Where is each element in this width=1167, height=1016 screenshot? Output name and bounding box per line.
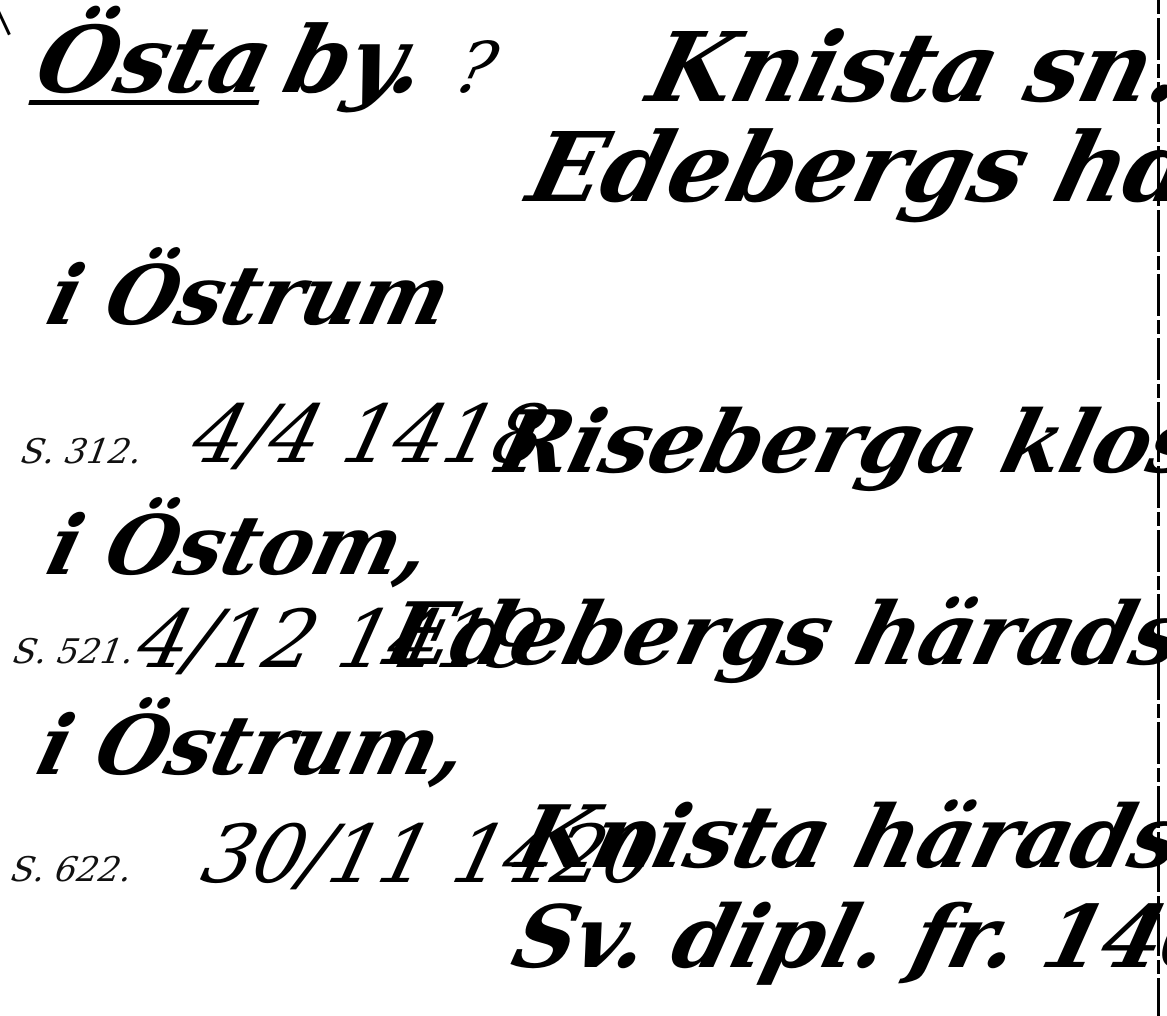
entry-2-form: i Östom, (40, 505, 438, 587)
entry-3-place: Knista häradsting. (510, 795, 1167, 881)
district-line: Edebergs hd. Nrk. (520, 120, 1167, 216)
corner-pen-mark (0, 9, 11, 36)
heading-query-mark: ? (448, 27, 505, 109)
entry-1-page-ref: S. 312. (18, 432, 144, 472)
index-card: Östaby.? Knista sn. Edebergs hd. Nrk. i … (0, 0, 1167, 1016)
card-heading: Östaby.? (28, 14, 508, 106)
source-reference: Sv. dipl. fr. 1401.III. (505, 895, 1167, 981)
heading-place-name: Östa (26, 6, 283, 114)
heading-suffix: by. (274, 6, 437, 114)
entry-1-form: i Östrum (40, 255, 457, 337)
entry-2-page-ref: S. 521. (10, 632, 136, 672)
entry-1-place: Riseberga kloster. (490, 400, 1167, 486)
parish-line: Knista sn. (640, 20, 1167, 116)
entry-3-page-ref: S. 622. (8, 850, 134, 890)
entry-3-form: i Östrum, (30, 705, 475, 787)
source-text: Sv. dipl. fr. 1401. (503, 887, 1167, 988)
entry-2-place: Edebergs häradsting. (378, 592, 1167, 678)
